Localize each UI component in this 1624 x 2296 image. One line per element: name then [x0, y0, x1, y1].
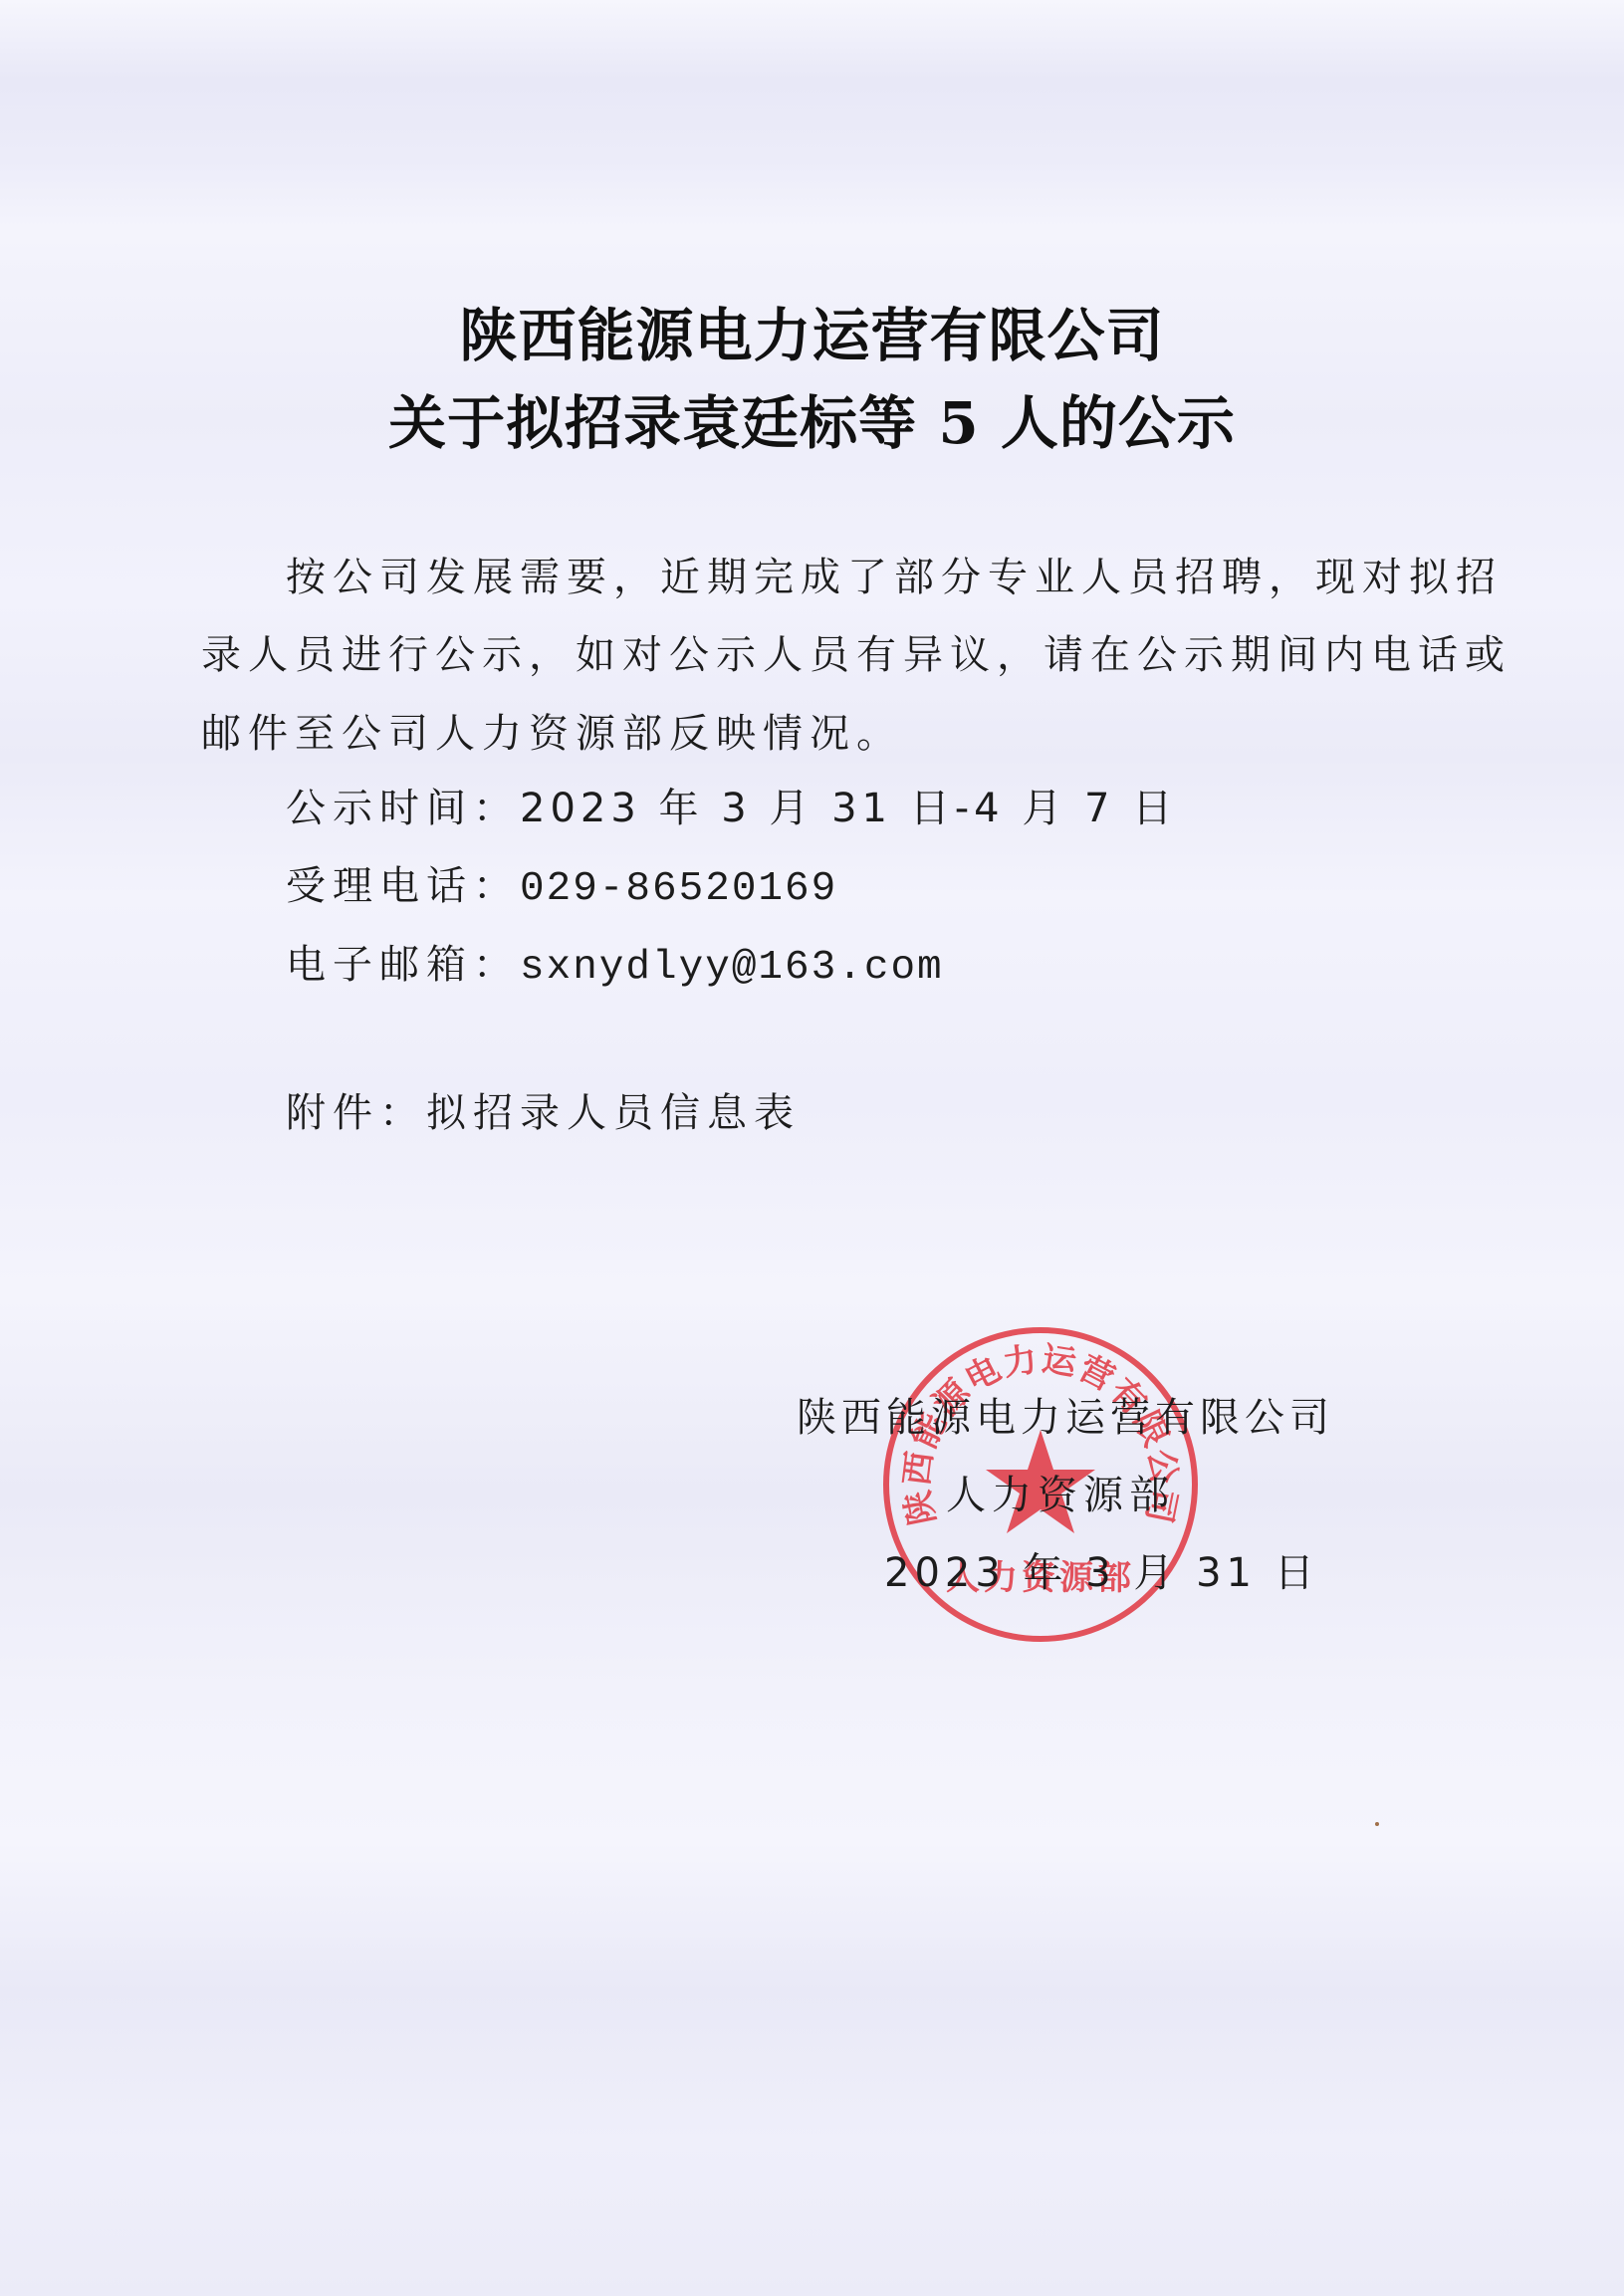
attachment-value: 拟招录人员信息表	[426, 1090, 801, 1136]
signature-organization: 陕西能源电力运营有限公司	[797, 1386, 1334, 1443]
notice-period: 公示时间：2023 年 3 月 31 日-4 月 7 日	[286, 777, 1177, 833]
body-paragraph-line: 录人员进行公示，如对公示人员有异议，请在公示期间内电话或	[201, 623, 1511, 680]
contact-phone-label: 受理电话：	[286, 863, 520, 909]
contact-email: 电子邮箱：sxnydlyy@163.com	[286, 933, 944, 991]
document-title-line-2: 关于拟招录袁廷标等 5 人的公示	[0, 376, 1624, 460]
contact-phone-value: 029-86520169	[520, 866, 837, 912]
body-paragraph-line: 按公司发展需要，近期完成了部分专业人员招聘，现对拟招	[286, 546, 1503, 602]
attachment: 附件：拟招录人员信息表	[286, 1081, 801, 1138]
attachment-label: 附件：	[286, 1090, 426, 1136]
notice-period-value: 2023 年 3 月 31 日-4 月 7 日	[520, 786, 1177, 831]
scan-speck	[1375, 1822, 1379, 1826]
document-title-line-1: 陕西能源电力运营有限公司	[0, 289, 1624, 372]
body-paragraph-line: 邮件至公司人力资源部反映情况。	[201, 702, 903, 759]
contact-email-value: sxnydlyy@163.com	[520, 945, 944, 991]
notice-period-label: 公示时间：	[286, 786, 520, 831]
contact-email-label: 电子邮箱：	[286, 942, 520, 988]
contact-phone: 受理电话：029-86520169	[286, 854, 837, 912]
signature-date: 2023 年 3 月 31 日	[884, 1541, 1319, 1598]
signature-department: 人力资源部	[946, 1464, 1175, 1520]
